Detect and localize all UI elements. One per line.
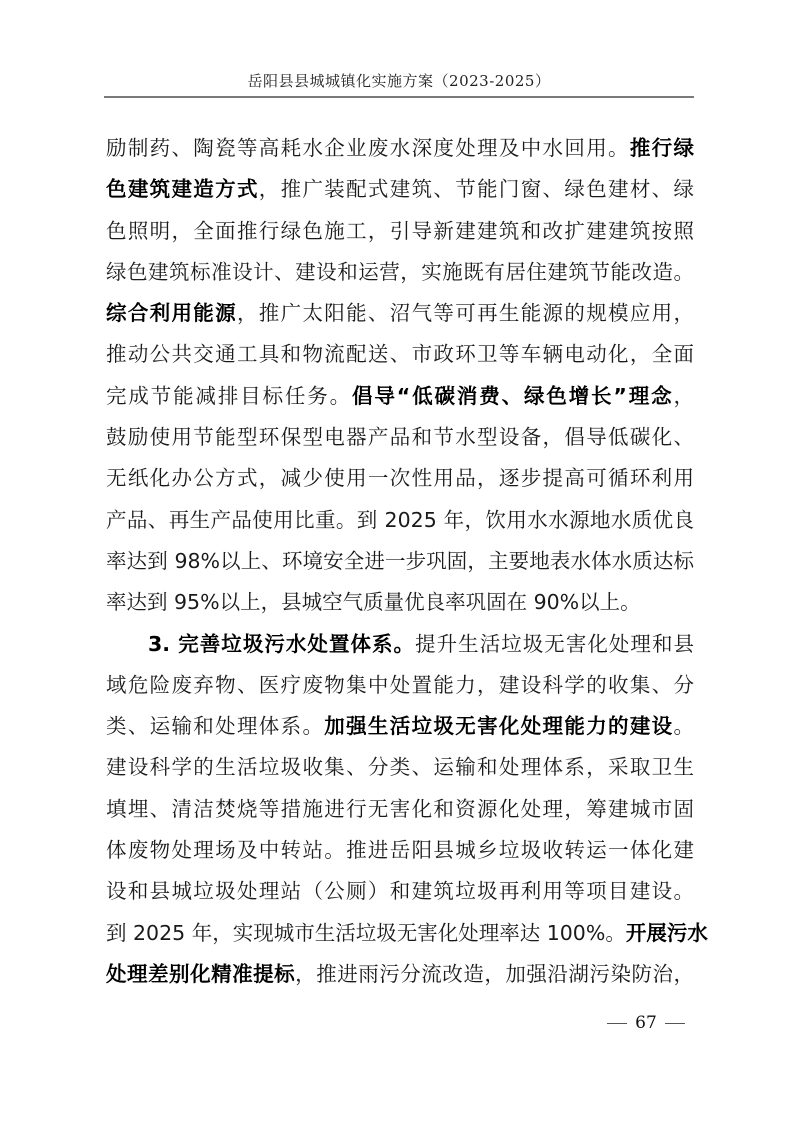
text-run: 率达到 98%以上、环境安全进一步巩固，主要地表水体水质达标 xyxy=(106,549,694,573)
bold-run: 3. 完善垃圾污水处置体系。 xyxy=(148,632,415,656)
text-run: 无纸化办公方式，减少使用一次性用品，逐步提高可循环利用 xyxy=(106,466,694,490)
text-line: 综合利用能源，推广太阳能、沼气等可再生能源的规模应用， xyxy=(106,293,694,334)
page-number-value: 67 xyxy=(635,1013,657,1033)
text-run: 完成节能减排目标任务。 xyxy=(106,384,352,408)
text-line: 色照明，全面推行绿色施工，引导新建建筑和改扩建建筑按照 xyxy=(106,211,694,252)
text-line: 体废物处理场及中转站。推进岳阳县城乡垃圾收转运一体化建 xyxy=(106,830,694,871)
bold-run: 色建筑建造方式 xyxy=(106,177,259,201)
text-line: 域危险废弃物、医疗废物集中处置能力，建设科学的收集、分 xyxy=(106,665,694,706)
text-line: 设和县城垃圾处理站（公厕）和建筑垃圾再利用等项目建设。 xyxy=(106,871,694,912)
text-line: 励制药、陶瓷等高耗水企业废水深度处理及中水回用。推行绿 xyxy=(106,128,694,169)
text-line: 推动公共交通工具和物流配送、市政环卫等车辆电动化，全面 xyxy=(106,334,694,375)
right-dash xyxy=(665,1023,685,1024)
text-run: ，推广装配式建筑、节能门窗、绿色建材、绿 xyxy=(259,177,694,201)
text-run: ，推广太阳能、沼气等可再生能源的规模应用， xyxy=(237,301,694,325)
bold-run: 倡导“低碳消费、绿色增长”理念 xyxy=(352,384,673,408)
text-line: 产品、再生产品使用比重。到 2025 年，饮用水水源地水质优良 xyxy=(106,500,694,541)
text-line: 填埋、清洁焚烧等措施进行无害化和资源化处理，筹建城市固 xyxy=(106,789,694,830)
running-header: 岳阳县县城城镇化实施方案（2023-2025） xyxy=(104,70,694,91)
left-dash xyxy=(607,1023,627,1024)
text-line: 绿色建筑标准设计、建设和运营，实施既有居住建筑节能改造。 xyxy=(106,252,694,293)
body-text: 励制药、陶瓷等高耗水企业废水深度处理及中水回用。推行绿色建筑建造方式，推广装配式… xyxy=(106,128,694,995)
text-line: 无纸化办公方式，减少使用一次性用品，逐步提高可循环利用 xyxy=(106,458,694,499)
text-run: 绿色建筑标准设计、建设和运营，实施既有居住建筑节能改造。 xyxy=(106,260,694,284)
text-line: 鼓励使用节能型环保型电器产品和节水型设备，倡导低碳化、 xyxy=(106,417,694,458)
text-run: 提升生活垃圾无害化处理和县 xyxy=(415,632,694,656)
header-rule xyxy=(104,96,694,98)
bold-run: 推行绿 xyxy=(630,136,694,160)
text-run: 鼓励使用节能型环保型电器产品和节水型设备，倡导低碳化、 xyxy=(106,425,694,449)
text-line: 处理差别化精准提标，推进雨污分流改造，加强沿湖污染防治， xyxy=(106,954,694,995)
text-line: 完成节能减排目标任务。倡导“低碳消费、绿色增长”理念， xyxy=(106,376,694,417)
bold-run: 开展污水 xyxy=(626,921,708,945)
text-line: 率达到 95%以上，县城空气质量优良率巩固在 90%以上。 xyxy=(106,582,694,623)
text-run: 填埋、清洁焚烧等措施进行无害化和资源化处理，筹建城市固 xyxy=(106,797,694,821)
text-run: 励制药、陶瓷等高耗水企业废水深度处理及中水回用。 xyxy=(106,136,630,160)
text-line: 3. 完善垃圾污水处置体系。提升生活垃圾无害化处理和县 xyxy=(106,624,694,665)
bold-run: 处理差别化精准提标 xyxy=(106,962,295,986)
text-run: 色照明，全面推行绿色施工，引导新建建筑和改扩建建筑按照 xyxy=(106,219,694,243)
text-run: 域危险废弃物、医疗废物集中处置能力，建设科学的收集、分 xyxy=(106,673,694,697)
text-run: 类、运输和处理体系。 xyxy=(106,714,324,738)
text-run: 建设科学的生活垃圾收集、分类、运输和处理体系，采取卫生 xyxy=(106,755,694,779)
text-run: 推动公共交通工具和物流配送、市政环卫等车辆电动化，全面 xyxy=(106,342,694,366)
text-run: 设和县城垃圾处理站（公厕）和建筑垃圾再利用等项目建设。 xyxy=(106,879,694,903)
text-run: 。 xyxy=(674,714,695,738)
text-line: 建设科学的生活垃圾收集、分类、运输和处理体系，采取卫生 xyxy=(106,747,694,788)
document-page: 岳阳县县城城镇化实施方案（2023-2025） 励制药、陶瓷等高耗水企业废水深度… xyxy=(0,0,794,1122)
text-run: 产品、再生产品使用比重。到 2025 年，饮用水水源地水质优良 xyxy=(106,508,694,532)
text-run: 体废物处理场及中转站。推进岳阳县城乡垃圾收转运一体化建 xyxy=(106,838,694,862)
text-line: 类、运输和处理体系。加强生活垃圾无害化处理能力的建设。 xyxy=(106,706,694,747)
text-run: ， xyxy=(674,384,695,408)
bold-run: 综合利用能源 xyxy=(106,301,237,325)
text-line: 率达到 98%以上、环境安全进一步巩固，主要地表水体水质达标 xyxy=(106,541,694,582)
text-line: 色建筑建造方式，推广装配式建筑、节能门窗、绿色建材、绿 xyxy=(106,169,694,210)
bold-run: 加强生活垃圾无害化处理能力的建设 xyxy=(324,714,673,738)
text-run: ，推进雨污分流改造，加强沿湖污染防治， xyxy=(295,962,694,986)
text-run: 到 2025 年，实现城市生活垃圾无害化处理率达 100%。 xyxy=(106,921,626,945)
text-run: 率达到 95%以上，县城空气质量优良率巩固在 90%以上。 xyxy=(106,590,641,614)
page-number: 67 xyxy=(596,1013,696,1033)
text-line: 到 2025 年，实现城市生活垃圾无害化处理率达 100%。开展污水 xyxy=(106,913,694,954)
